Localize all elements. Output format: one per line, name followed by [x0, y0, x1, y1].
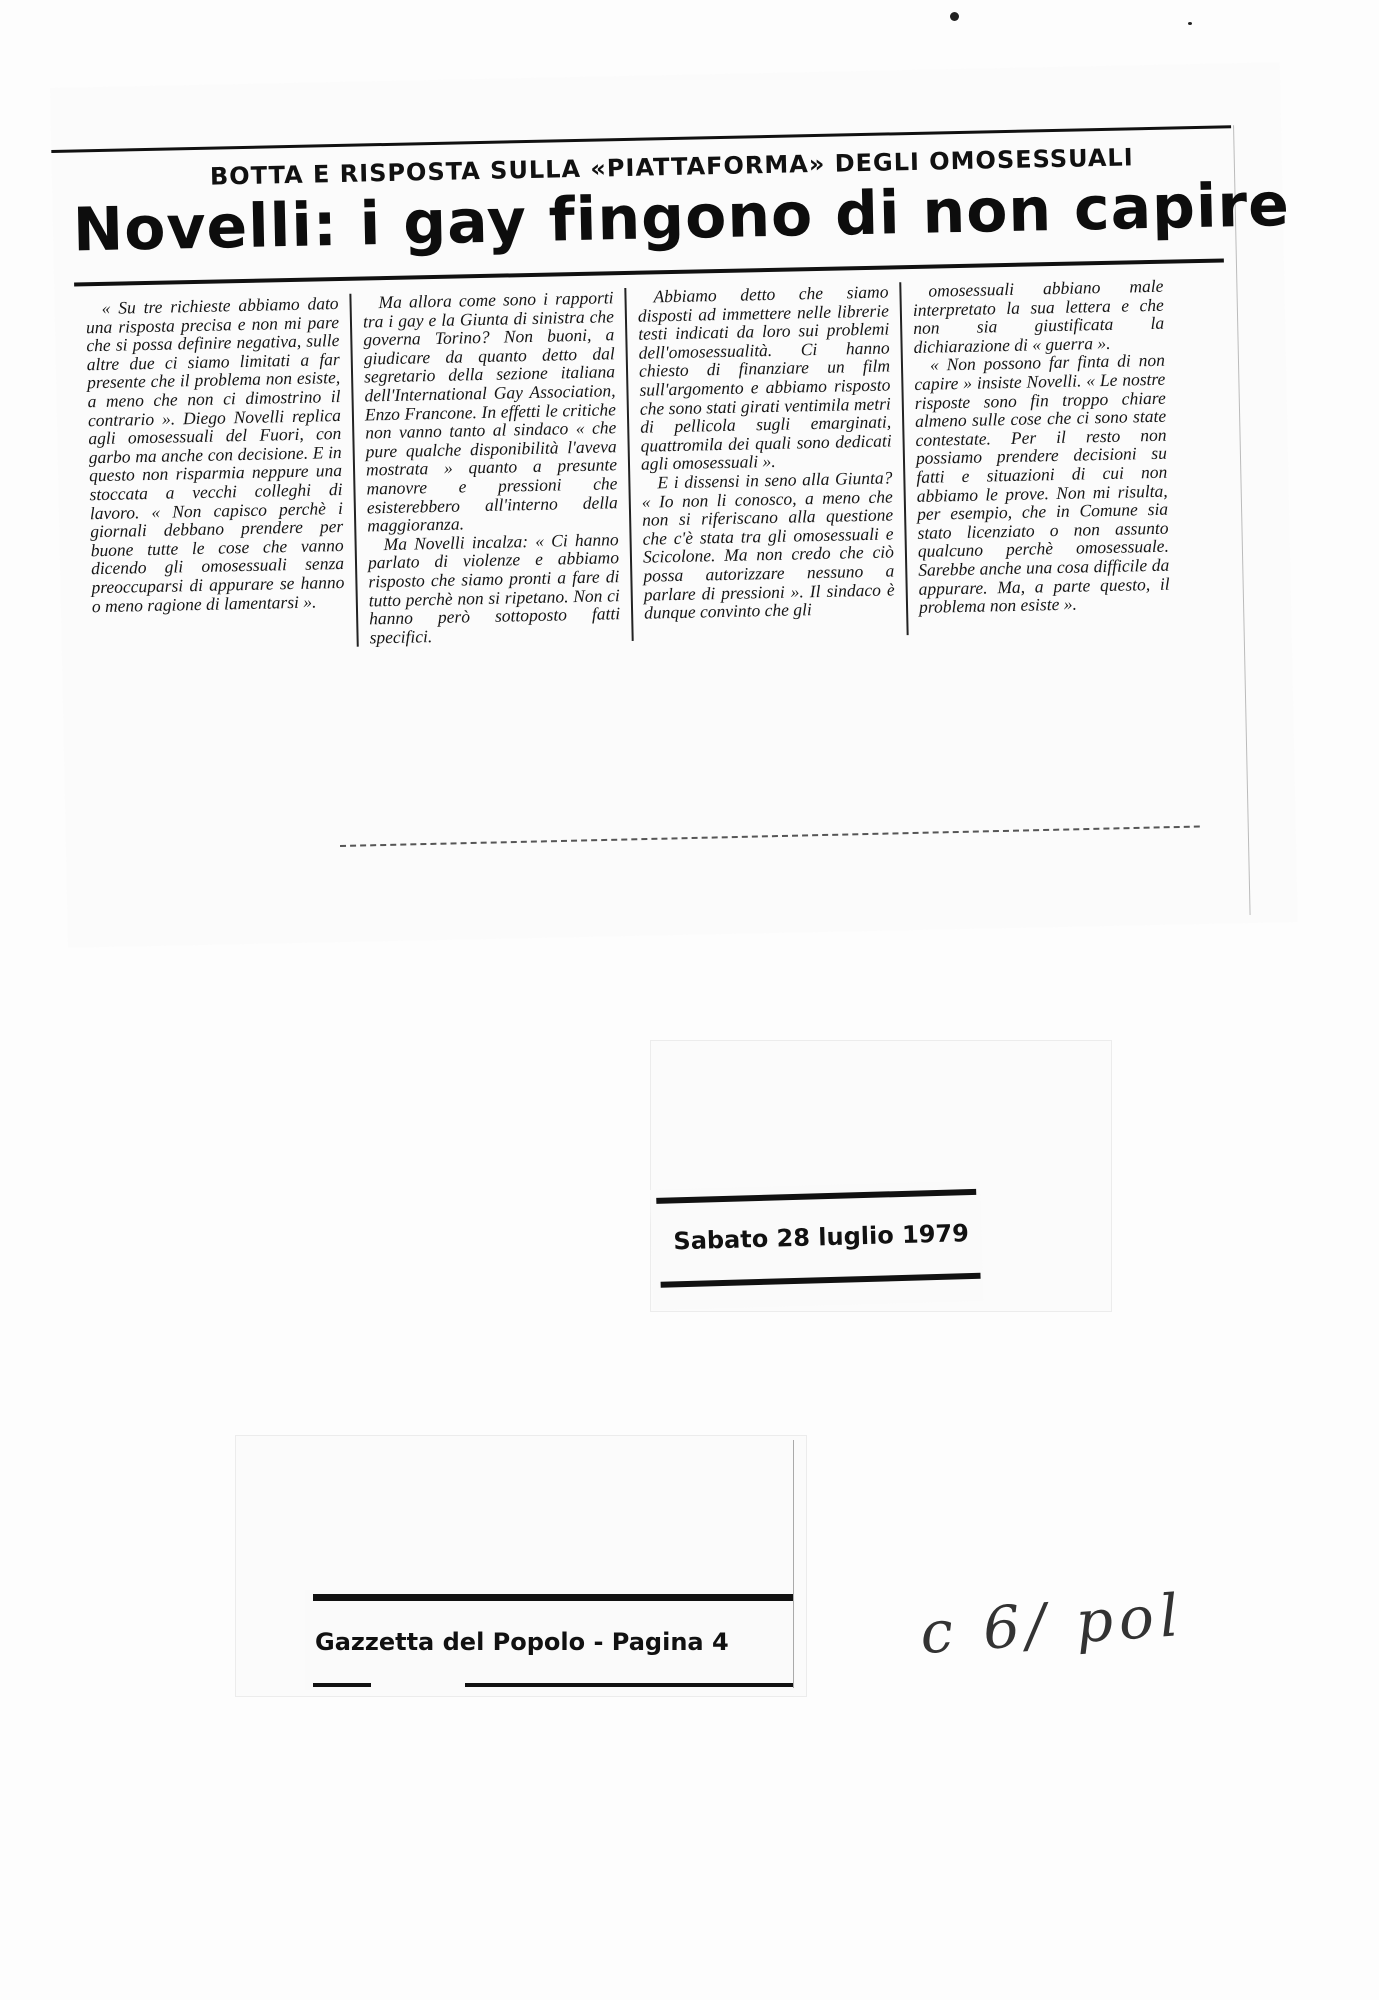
paragraph: « Su tre richieste abbiamo dato una risp… — [85, 294, 345, 615]
article-column-4: omosessuali abbiano male interpretato la… — [899, 276, 1181, 635]
publication-date: Sabato 28 luglio 1979 — [673, 1219, 969, 1255]
article-clipping: BOTTA E RISPOSTA SULLA «PIATTAFORMA» DEG… — [50, 62, 1298, 948]
article-body: « Su tre richieste abbiamo dato una risp… — [74, 275, 1231, 652]
paragraph: Ma allora come sono i rapporti tra i gay… — [362, 288, 618, 535]
article-column-2: Ma allora come sono i rapporti tra i gay… — [349, 288, 631, 647]
clipping-edge — [1233, 125, 1251, 915]
handwritten-archive-note: c 6/ pol — [918, 1581, 1187, 1667]
paragraph: « Non possono far finta di non capire » … — [914, 351, 1170, 617]
article-column-3: Abbiamo detto che siamo disposti ad imme… — [624, 282, 906, 641]
paragraph: E i dissensi in seno alla Giunta? « Io n… — [641, 468, 895, 622]
date-rule-bottom — [661, 1273, 981, 1288]
paragraph: Abbiamo detto che siamo disposti ad imme… — [637, 282, 892, 473]
clipping-edge — [793, 1440, 794, 1688]
publication-source: Gazzetta del Popolo - Pagina 4 — [315, 1628, 729, 1656]
source-rule-top — [313, 1594, 793, 1601]
date-clipping: Sabato 28 luglio 1979 — [650, 1181, 983, 1310]
source-rule-bottom — [313, 1683, 371, 1687]
source-clipping: Gazzetta del Popolo - Pagina 4 — [305, 1590, 795, 1690]
paragraph: omosessuali abbiano male interpretato la… — [912, 277, 1165, 357]
date-rule-top — [656, 1189, 976, 1204]
scan-speck — [950, 12, 959, 21]
article-column-1: « Su tre richieste abbiamo dato una risp… — [74, 294, 356, 653]
scan-speck — [1188, 22, 1192, 25]
source-rule-bottom — [465, 1683, 793, 1687]
paragraph: Ma Novelli incalza: « Ci hanno parlato d… — [367, 530, 620, 647]
